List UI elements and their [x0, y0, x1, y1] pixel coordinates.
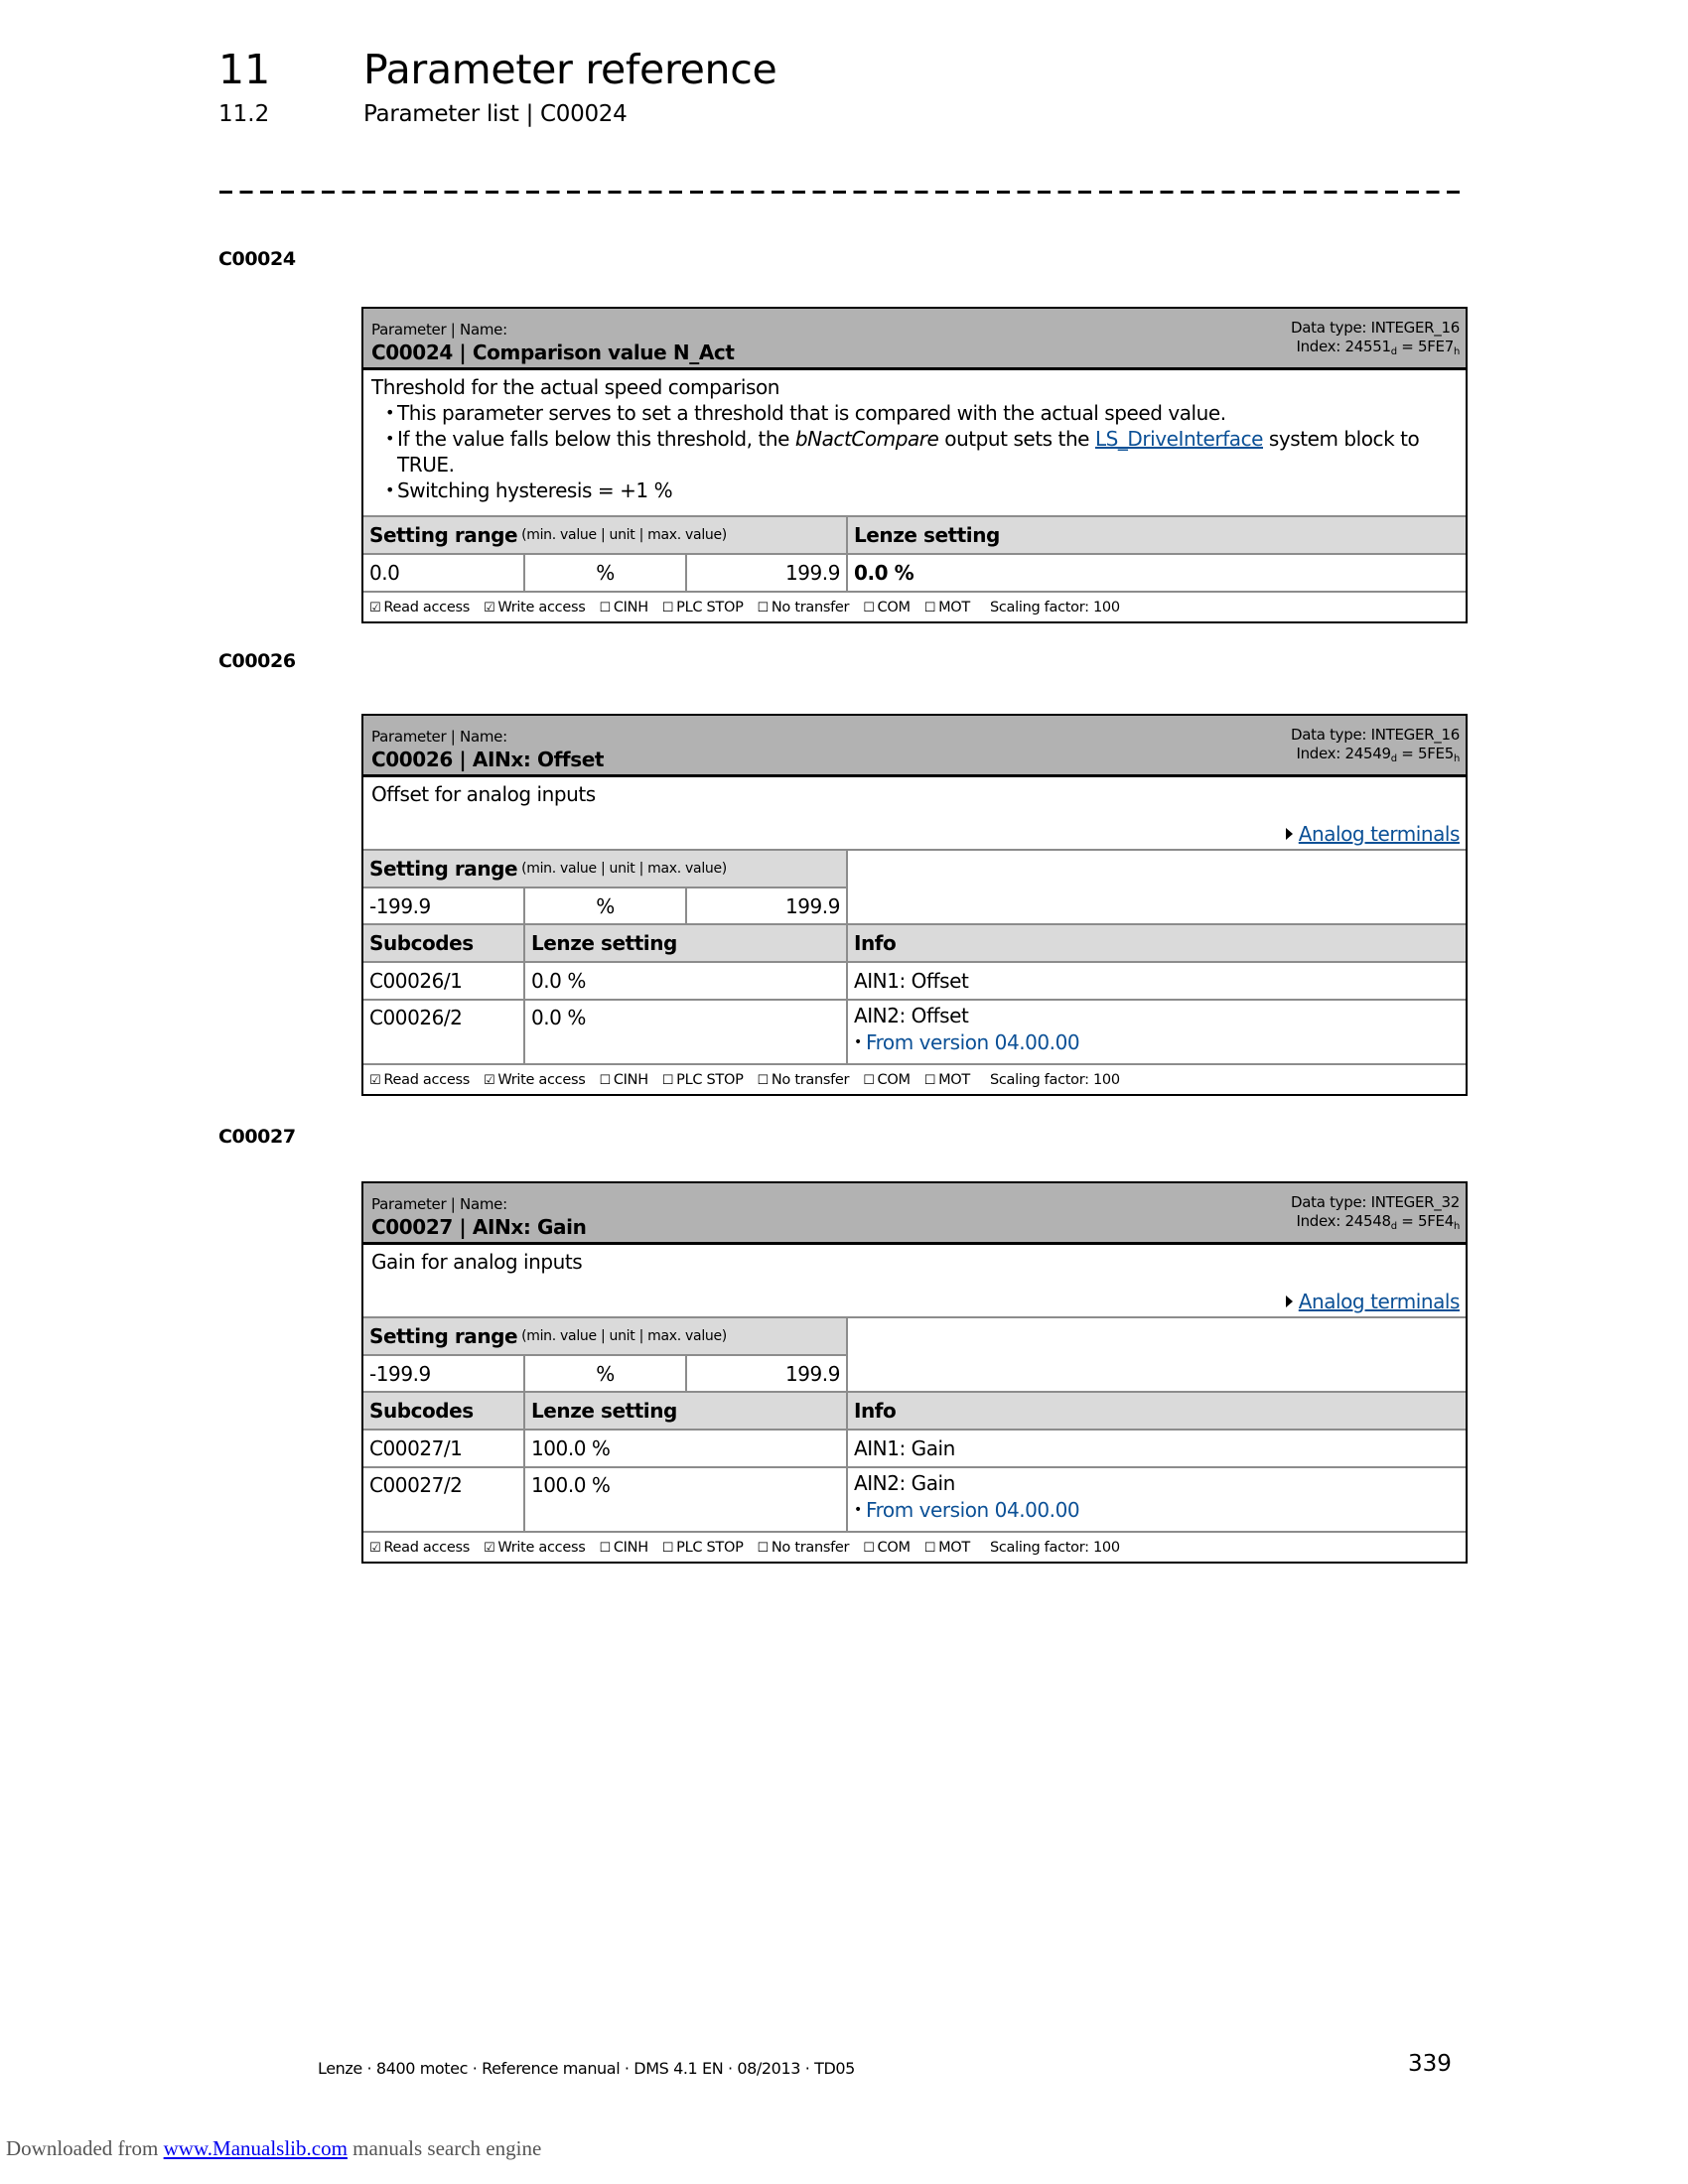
checkbox-unchecked-icon: ☐ [662, 601, 673, 615]
param-description: Threshold for the actual speed compariso… [363, 370, 1466, 515]
index: Index: 24551d = 5FE7h [1291, 338, 1460, 361]
analog-terminals-link[interactable]: Analog terminals [1299, 822, 1460, 846]
chapter-title: Parameter reference [363, 46, 776, 93]
analog-terminals-ref[interactable]: Analog terminals [1286, 1289, 1460, 1314]
page-number: 339 [1408, 2051, 1452, 2077]
flag-plc-stop: ☐PLC STOP [662, 1540, 744, 1556]
flag-plc-stop: ☐PLC STOP [662, 1072, 744, 1088]
lenze-setting-value: 0.0 % [848, 553, 1466, 591]
description-text: Offset for analog inputs [371, 781, 1458, 807]
flag-read-access: ☑Read access [369, 1540, 470, 1556]
checkbox-unchecked-icon: ☐ [924, 601, 935, 615]
data-type-info: Data type: INTEGER_32 Index: 24548d = 5F… [1291, 1193, 1460, 1236]
setting-grid: Setting range(min. value | unit | max. v… [363, 849, 1466, 1063]
manualslib-link[interactable]: www.Manualslib.com [164, 2136, 348, 2160]
subcode-info: AIN2: Offset From version 04.00.00 [848, 999, 1466, 1063]
analog-terminals-link[interactable]: Analog terminals [1299, 1290, 1460, 1313]
param-header: Parameter | Name: C00026 | AINx: Offset … [363, 716, 1466, 777]
section-label-c00027: C00027 [218, 1126, 296, 1148]
subcodes-header: Subcodes [363, 923, 525, 961]
flag-mot: ☐MOT [924, 600, 970, 615]
scaling-factor: Scaling factor: 100 [990, 600, 1120, 615]
setting-range-header: Setting range(min. value | unit | max. v… [363, 515, 848, 553]
subcode-info: AIN1: Gain [848, 1429, 1466, 1466]
subcode: C00027/2 [363, 1466, 525, 1531]
lenze-setting-header: Lenze setting [525, 923, 848, 961]
access-flags: ☑Read access ☑Write access ☐CINH ☐PLC ST… [363, 591, 1466, 621]
data-type-info: Data type: INTEGER_16 Index: 24549d = 5F… [1291, 726, 1460, 768]
subcode-lenze: 100.0 % [525, 1466, 848, 1531]
section-title: Parameter list | C00024 [363, 100, 627, 128]
param-name-label: Parameter | Name: [371, 728, 507, 746]
ls-driveinterface-link[interactable]: LS_DriveInterface [1095, 427, 1263, 451]
version-note: From version 04.00.00 [854, 1497, 1079, 1524]
checkbox-unchecked-icon: ☐ [758, 601, 769, 615]
description-text: Threshold for the actual speed compariso… [371, 374, 1458, 400]
flag-mot: ☐MOT [924, 1072, 970, 1088]
section-label-c00024: C00024 [218, 248, 296, 270]
checkbox-unchecked-icon: ☐ [924, 1073, 935, 1088]
checkbox-unchecked-icon: ☐ [758, 1541, 769, 1556]
flag-write-access: ☑Write access [484, 600, 586, 615]
range-min: -199.9 [363, 1354, 525, 1391]
range-min: 0.0 [363, 553, 525, 591]
index: Index: 24548d = 5FE4h [1291, 1212, 1460, 1236]
setting-range-header: Setting range(min. value | unit | max. v… [363, 849, 848, 887]
checkbox-unchecked-icon: ☐ [758, 1073, 769, 1088]
subcode-lenze: 100.0 % [525, 1429, 848, 1466]
checkbox-checked-icon: ☑ [484, 1541, 494, 1556]
lenze-setting-header: Lenze setting [848, 515, 1466, 553]
data-type-info: Data type: INTEGER_16 Index: 24551d = 5F… [1291, 319, 1460, 361]
access-flags: ☑Read access ☑Write access ☐CINH ☐PLC ST… [363, 1531, 1466, 1562]
param-name-label: Parameter | Name: [371, 1195, 507, 1213]
param-table-c00024: Parameter | Name: C00024 | Comparison va… [361, 307, 1468, 623]
range-max: 199.9 [687, 553, 848, 591]
checkbox-unchecked-icon: ☐ [662, 1073, 673, 1088]
flag-no-transfer: ☐No transfer [758, 600, 850, 615]
scaling-factor: Scaling factor: 100 [990, 1540, 1120, 1556]
info-header: Info [848, 1391, 1466, 1429]
arrow-right-icon [1286, 1296, 1293, 1307]
flag-read-access: ☑Read access [369, 600, 470, 615]
checkbox-unchecked-icon: ☐ [863, 1541, 874, 1556]
flag-cinh: ☐CINH [599, 1540, 647, 1556]
analog-terminals-ref[interactable]: Analog terminals [1286, 821, 1460, 847]
param-table-c00027: Parameter | Name: C00027 | AINx: Gain Da… [361, 1181, 1468, 1564]
flag-cinh: ☐CINH [599, 600, 647, 615]
flag-write-access: ☑Write access [484, 1540, 586, 1556]
download-note: Downloaded from www.Manualslib.com manua… [6, 2136, 541, 2161]
checkbox-checked-icon: ☑ [484, 601, 494, 615]
subcode-info: AIN1: Offset [848, 961, 1466, 999]
subcodes-header: Subcodes [363, 1391, 525, 1429]
checkbox-unchecked-icon: ☐ [863, 601, 874, 615]
range-max: 199.9 [687, 887, 848, 923]
subcode-lenze: 0.0 % [525, 999, 848, 1063]
range-unit: % [525, 887, 687, 923]
version-note: From version 04.00.00 [854, 1029, 1079, 1056]
section-label-c00026: C00026 [218, 650, 296, 672]
bullet-item: If the value falls below this threshold,… [385, 426, 1458, 478]
setting-range-header: Setting range(min. value | unit | max. v… [363, 1316, 848, 1354]
access-flags: ☑Read access ☑Write access ☐CINH ☐PLC ST… [363, 1063, 1466, 1094]
range-min: -199.9 [363, 887, 525, 923]
param-description: Offset for analog inputs Analog terminal… [363, 777, 1466, 849]
flag-read-access: ☑Read access [369, 1072, 470, 1088]
subcode-info: AIN2: Gain From version 04.00.00 [848, 1466, 1466, 1531]
arrow-right-icon [1286, 828, 1293, 840]
checkbox-unchecked-icon: ☐ [662, 1541, 673, 1556]
dashed-divider [219, 191, 1465, 194]
checkbox-unchecked-icon: ☐ [599, 1073, 610, 1088]
param-name: C00024 | Comparison value N_Act [371, 341, 735, 364]
data-type: Data type: INTEGER_32 [1291, 1193, 1460, 1212]
flag-com: ☐COM [863, 1072, 911, 1088]
subcode: C00027/1 [363, 1429, 525, 1466]
subcode: C00026/1 [363, 961, 525, 999]
param-description: Gain for analog inputs Analog terminals [363, 1245, 1466, 1316]
chapter-number: 11 [218, 46, 270, 93]
checkbox-unchecked-icon: ☐ [863, 1073, 874, 1088]
flag-mot: ☐MOT [924, 1540, 970, 1556]
checkbox-checked-icon: ☑ [484, 1073, 494, 1088]
param-table-c00026: Parameter | Name: C00026 | AINx: Offset … [361, 714, 1468, 1096]
range-max: 199.9 [687, 1354, 848, 1391]
checkbox-checked-icon: ☑ [369, 601, 380, 615]
param-name: C00026 | AINx: Offset [371, 748, 604, 771]
document-info: Lenze · 8400 motec · Reference manual · … [318, 2059, 855, 2078]
flag-no-transfer: ☐No transfer [758, 1072, 850, 1088]
range-unit: % [525, 1354, 687, 1391]
lenze-setting-header: Lenze setting [525, 1391, 848, 1429]
flag-plc-stop: ☐PLC STOP [662, 600, 744, 615]
empty-cell [848, 1316, 1466, 1391]
checkbox-checked-icon: ☑ [369, 1073, 380, 1088]
flag-no-transfer: ☐No transfer [758, 1540, 850, 1556]
param-header: Parameter | Name: C00027 | AINx: Gain Da… [363, 1183, 1466, 1245]
checkbox-unchecked-icon: ☐ [599, 1541, 610, 1556]
bullet-item: Switching hysteresis = +1 % [385, 478, 1458, 503]
checkbox-unchecked-icon: ☐ [924, 1541, 935, 1556]
subcode-lenze: 0.0 % [525, 961, 848, 999]
section-number: 11.2 [218, 100, 269, 128]
bullet-item: This parameter serves to set a threshold… [385, 400, 1458, 426]
flag-write-access: ☑Write access [484, 1072, 586, 1088]
flag-com: ☐COM [863, 1540, 911, 1556]
scaling-factor: Scaling factor: 100 [990, 1072, 1120, 1088]
param-name-label: Parameter | Name: [371, 321, 507, 339]
subcode: C00026/2 [363, 999, 525, 1063]
setting-grid: Setting range(min. value | unit | max. v… [363, 1316, 1466, 1531]
info-header: Info [848, 923, 1466, 961]
description-bullets: This parameter serves to set a threshold… [371, 400, 1458, 503]
param-header: Parameter | Name: C00024 | Comparison va… [363, 309, 1466, 370]
index: Index: 24549d = 5FE5h [1291, 745, 1460, 768]
description-text: Gain for analog inputs [371, 1249, 1458, 1275]
setting-grid: Setting range(min. value | unit | max. v… [363, 515, 1466, 591]
checkbox-unchecked-icon: ☐ [599, 601, 610, 615]
empty-cell [848, 849, 1466, 923]
flag-com: ☐COM [863, 600, 911, 615]
range-unit: % [525, 553, 687, 591]
data-type: Data type: INTEGER_16 [1291, 726, 1460, 745]
flag-cinh: ☐CINH [599, 1072, 647, 1088]
data-type: Data type: INTEGER_16 [1291, 319, 1460, 338]
param-name: C00027 | AINx: Gain [371, 1215, 586, 1239]
checkbox-checked-icon: ☑ [369, 1541, 380, 1556]
